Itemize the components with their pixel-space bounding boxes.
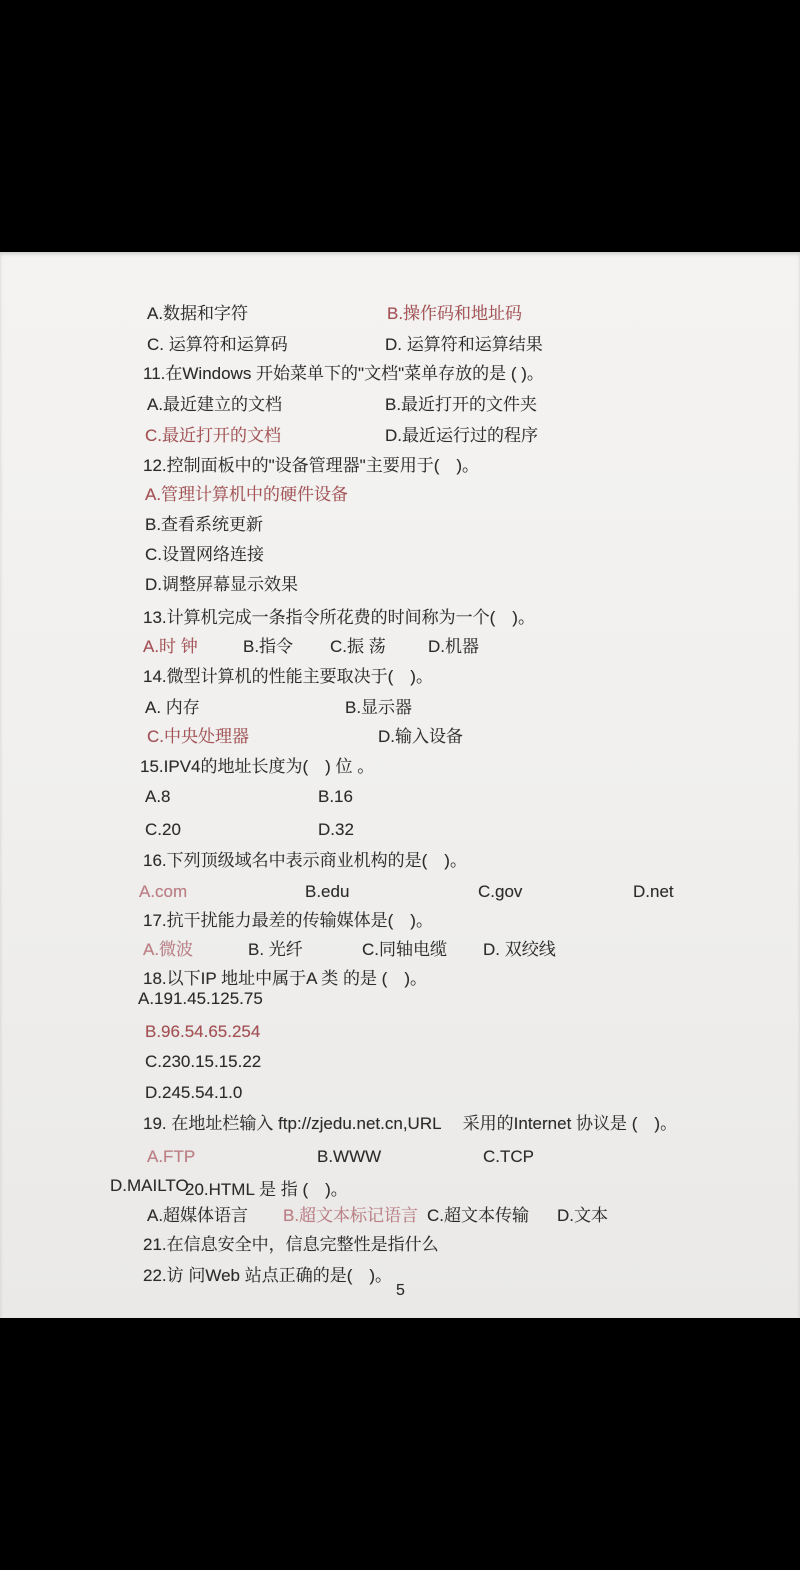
answer-option-highlighted: A.时 钟 bbox=[143, 636, 198, 658]
question-text: 12.控制面板中的"设备管理器"主要用于( )。 bbox=[143, 455, 479, 477]
text-line: A.comB.eduC.govD.net bbox=[0, 881, 800, 905]
answer-option: C.振 荡 bbox=[330, 636, 386, 658]
question-text: 18.以下IP 地址中属于A 类 的是 ( )。 bbox=[143, 968, 427, 990]
answer-option: D.MAILTO bbox=[110, 1175, 189, 1197]
answer-option: B.edu bbox=[305, 881, 349, 903]
answer-option: D. 运算符和运算结果 bbox=[385, 334, 543, 356]
text-line: C.最近打开的文档D.最近运行过的程序 bbox=[0, 425, 800, 449]
answer-option: A.数据和字符 bbox=[147, 303, 248, 325]
answer-option-highlighted: A.com bbox=[139, 881, 187, 903]
text-line: 22.访 问Web 站点正确的是( )。 bbox=[0, 1265, 800, 1289]
question-text: 19. 在地址栏输入 ftp://zjedu.net.cn,URL 采用的Int… bbox=[143, 1113, 677, 1135]
text-line: 19. 在地址栏输入 ftp://zjedu.net.cn,URL 采用的Int… bbox=[0, 1113, 800, 1137]
question-text: 16.下列顶级域名中表示商业机构的是( )。 bbox=[143, 850, 467, 872]
text-line: A.管理计算机中的硬件设备 bbox=[0, 484, 800, 508]
question-text: 20.HTML 是 指 ( )。 bbox=[185, 1179, 348, 1201]
document-page: 5 A.数据和字符B.操作码和地址码C. 运算符和运算码D. 运算符和运算结果1… bbox=[0, 252, 800, 1318]
answer-option-highlighted: A.管理计算机中的硬件设备 bbox=[145, 484, 348, 506]
question-text: 14.微型计算机的性能主要取决于( )。 bbox=[143, 666, 433, 688]
text-line: 15.IPV4的地址长度为( ) 位 。 bbox=[0, 756, 800, 780]
text-line: B.查看系统更新 bbox=[0, 514, 800, 538]
answer-option: D.文本 bbox=[557, 1205, 608, 1227]
text-line: C.20D.32 bbox=[0, 819, 800, 843]
text-line: B.96.54.65.254 bbox=[0, 1021, 800, 1045]
text-line: C.中央处理器D.输入设备 bbox=[0, 726, 800, 750]
answer-option: C. 运算符和运算码 bbox=[147, 334, 288, 356]
text-line: C. 运算符和运算码D. 运算符和运算结果 bbox=[0, 334, 800, 358]
question-text: 17.抗干扰能力最差的传输媒体是( )。 bbox=[143, 910, 433, 932]
text-line: A.191.45.125.75 bbox=[0, 988, 800, 1012]
text-line: 11.在Windows 开始菜单下的"文档"菜单存放的是 ( )。 bbox=[0, 363, 800, 387]
answer-option: A.超媒体语言 bbox=[147, 1205, 248, 1227]
answer-option: B.显示器 bbox=[345, 697, 412, 719]
answer-option-highlighted: C.最近打开的文档 bbox=[145, 425, 281, 447]
text-line: 13.计算机完成一条指令所花费的时间称为一个( )。 bbox=[0, 607, 800, 631]
text-line: 12.控制面板中的"设备管理器"主要用于( )。 bbox=[0, 455, 800, 479]
text-line: D.调整屏幕显示效果 bbox=[0, 574, 800, 598]
text-line: A.数据和字符B.操作码和地址码 bbox=[0, 303, 800, 327]
question-text: 13.计算机完成一条指令所花费的时间称为一个( )。 bbox=[143, 607, 535, 629]
text-line: 21.在信息安全中，信息完整性是指什么 bbox=[0, 1234, 800, 1258]
answer-option-highlighted: B.超文本标记语言 bbox=[283, 1205, 418, 1227]
answer-option: D.最近运行过的程序 bbox=[385, 425, 538, 447]
question-text: 11.在Windows 开始菜单下的"文档"菜单存放的是 ( )。 bbox=[143, 363, 544, 385]
answer-option: B.16 bbox=[318, 786, 353, 808]
answer-option: A. 内存 bbox=[145, 697, 200, 719]
text-line: A. 内存B.显示器 bbox=[0, 697, 800, 721]
text-line: A.8B.16 bbox=[0, 786, 800, 810]
answer-option: B.指令 bbox=[243, 636, 293, 658]
text-line: 17.抗干扰能力最差的传输媒体是( )。 bbox=[0, 910, 800, 934]
text-line: 16.下列顶级域名中表示商业机构的是( )。 bbox=[0, 850, 800, 874]
text-line: 14.微型计算机的性能主要取决于( )。 bbox=[0, 666, 800, 690]
answer-option: D.net bbox=[633, 881, 674, 903]
text-line: C.230.15.15.22 bbox=[0, 1051, 800, 1075]
answer-option: B.最近打开的文件夹 bbox=[385, 394, 537, 416]
answer-option: A.最近建立的文档 bbox=[147, 394, 282, 416]
answer-option: D. 双绞线 bbox=[483, 939, 556, 961]
text-line: A.超媒体语言B.超文本标记语言C.超文本传输D.文本 bbox=[0, 1205, 800, 1229]
text-line: A.FTPB.WWWC.TCP bbox=[0, 1146, 800, 1170]
answer-option-highlighted: B.96.54.65.254 bbox=[145, 1021, 260, 1043]
answer-option-highlighted: A.FTP bbox=[147, 1146, 195, 1168]
answer-option: B.查看系统更新 bbox=[145, 514, 263, 536]
answer-option: C.超文本传输 bbox=[427, 1205, 529, 1227]
answer-option: A.191.45.125.75 bbox=[138, 988, 263, 1010]
answer-option: C.20 bbox=[145, 819, 181, 841]
question-text: 15.IPV4的地址长度为( ) 位 。 bbox=[140, 756, 374, 778]
answer-option: C.TCP bbox=[483, 1146, 534, 1168]
answer-option: C.同轴电缆 bbox=[362, 939, 447, 961]
text-line: A.微波B. 光纤C.同轴电缆D. 双绞线 bbox=[0, 939, 800, 963]
answer-option-highlighted: C.中央处理器 bbox=[147, 726, 249, 748]
answer-option: B. 光纤 bbox=[248, 939, 303, 961]
answer-option-highlighted: B.操作码和地址码 bbox=[387, 303, 522, 325]
answer-option: B.WWW bbox=[317, 1146, 381, 1168]
answer-option-highlighted: A.微波 bbox=[143, 939, 193, 961]
top-letterbox bbox=[0, 0, 800, 252]
answer-option: D.输入设备 bbox=[378, 726, 463, 748]
answer-option: C.230.15.15.22 bbox=[145, 1051, 261, 1073]
bottom-letterbox bbox=[0, 1318, 800, 1570]
text-line: A.最近建立的文档B.最近打开的文件夹 bbox=[0, 394, 800, 418]
answer-option: A.8 bbox=[145, 786, 171, 808]
answer-option: C.gov bbox=[478, 881, 522, 903]
text-line: D.245.54.1.0 bbox=[0, 1082, 800, 1106]
answer-option: D.245.54.1.0 bbox=[145, 1082, 242, 1104]
answer-option: D.32 bbox=[318, 819, 354, 841]
answer-option: C.设置网络连接 bbox=[145, 544, 264, 566]
answer-option: D.调整屏幕显示效果 bbox=[145, 574, 298, 596]
answer-option: D.机器 bbox=[428, 636, 479, 658]
question-text: 21.在信息安全中，信息完整性是指什么 bbox=[143, 1234, 439, 1256]
text-line: D.MAILTO20.HTML 是 指 ( )。 bbox=[0, 1175, 800, 1199]
text-line: A.时 钟B.指令C.振 荡D.机器 bbox=[0, 636, 800, 660]
text-line: C.设置网络连接 bbox=[0, 544, 800, 568]
question-text: 22.访 问Web 站点正确的是( )。 bbox=[143, 1265, 392, 1287]
